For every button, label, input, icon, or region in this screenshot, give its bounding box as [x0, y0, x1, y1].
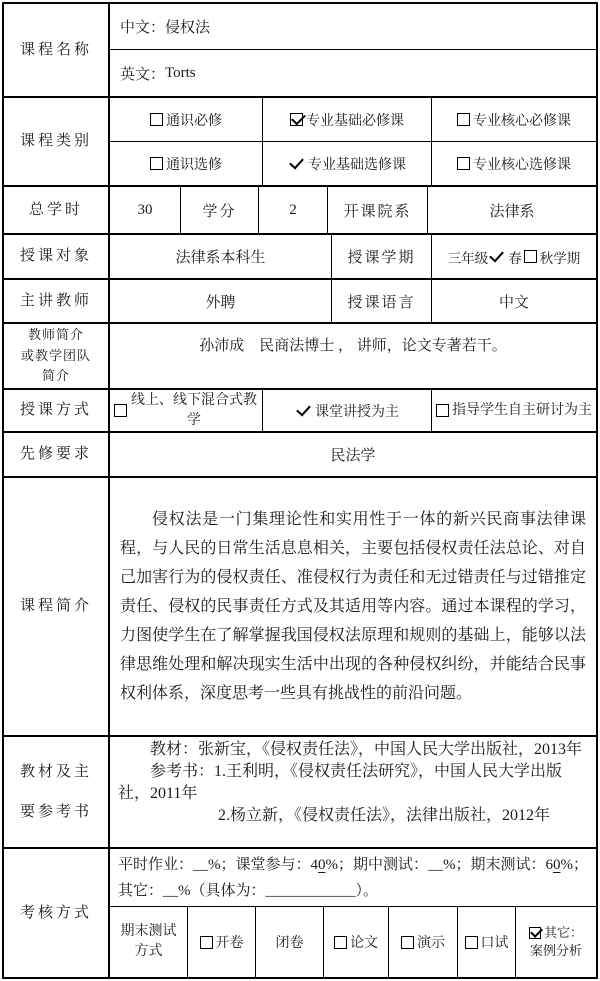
- final-exam-method-label: 期末测试方式: [110, 907, 188, 977]
- check-icon: [296, 401, 311, 416]
- method-option-label: 线上、线下混合式教学: [130, 391, 258, 430]
- row-course-name: 课程名称 中文：侵权法 英文：Torts: [4, 4, 596, 98]
- checkbox-icon: [150, 113, 163, 126]
- instructor-value: 外聘: [110, 280, 332, 322]
- final-option-oral: 口试: [458, 907, 516, 977]
- final-option-label: 开卷: [216, 932, 244, 952]
- course-name-en-label: 英文：: [120, 63, 165, 84]
- row-teaching-method: 授课方式 线上、线下混合式教学 课堂讲授为主 指导学生自主研讨为主: [4, 390, 596, 433]
- row-textbooks: 教材及主 要参考书 教材：张新宝，《侵权责任法》，中国人民大学出版社，2013年…: [4, 737, 596, 849]
- checkbox-icon: [524, 250, 537, 263]
- check-icon: [289, 154, 304, 169]
- course-name-zh-cell: 中文：侵权法: [110, 4, 596, 50]
- reference-line: 参考书：1.王利明，《侵权责任法研究》，中国人民大学出版社，2011年: [118, 761, 588, 805]
- textbooks-label: 教材及主 要参考书: [4, 737, 110, 847]
- assessment-text-underlined: 0: [553, 857, 561, 873]
- textbooks-label-line: 要参考书: [20, 803, 92, 821]
- checkbox-icon: [457, 113, 470, 126]
- textbooks-cell: 教材：张新宝，《侵权责任法》，中国人民大学出版社，2013年 参考书：1.王利明…: [110, 737, 596, 847]
- category-option-general-elective: 通识选修: [110, 142, 263, 185]
- assessment-text: %；期中测试：__%；期末测试：6: [326, 857, 554, 873]
- course-name-zh-label: 中文：: [120, 16, 165, 37]
- category-option-major-core-required: 专业核心必修课: [432, 98, 596, 141]
- category-option-major-basic-elective: 专业基础选修课: [263, 142, 432, 185]
- assessment-text: 其它：__%（具体为：____________）。: [118, 883, 378, 899]
- teacher-intro-label-line: 简介: [42, 366, 70, 387]
- final-option-label: 口试: [481, 932, 509, 952]
- category-option-major-basic-required: 专业基础必修课: [263, 98, 432, 141]
- course-name-label: 课程名称: [4, 4, 110, 96]
- checkbox-icon: [334, 936, 347, 949]
- category-option-label: 专业核心选修课: [473, 154, 571, 174]
- course-intro-label: 课程简介: [4, 478, 110, 735]
- category-option-label: 专业基础必修课: [306, 110, 404, 130]
- final-option-label: 其它：: [544, 924, 583, 942]
- checkbox-icon: [465, 936, 478, 949]
- assessment-label: 考核方式: [4, 849, 110, 977]
- method-option-label: 指导学生自主研讨为主: [452, 401, 592, 421]
- row-instructor: 主讲教师 外聘 授课语言 中文: [4, 280, 596, 324]
- credits-label: 学分: [181, 187, 259, 233]
- teacher-intro-value: 孙沛成 民商法博士 ， 讲师，论文专著若干。: [110, 324, 596, 388]
- checkbox-icon: [401, 936, 414, 949]
- total-hours-value: 30: [110, 187, 181, 233]
- audience-value: 法律系本科生: [110, 235, 332, 278]
- final-option-presentation: 演示: [389, 907, 458, 977]
- checkbox-icon: [457, 157, 470, 170]
- department-label: 开课院系: [328, 187, 428, 233]
- credits-value: 2: [259, 187, 328, 233]
- course-name-en-value: Torts: [165, 65, 196, 82]
- row-prerequisites: 先修要求 民法学: [4, 433, 596, 478]
- method-option-label: 课堂讲授为主: [315, 401, 399, 421]
- final-option-paper: 论文: [324, 907, 389, 977]
- final-option-other-detail: 案例分析: [530, 942, 582, 960]
- language-value: 中文: [432, 280, 596, 322]
- semester-spring: 春: [508, 247, 522, 267]
- total-hours-label: 总学时: [4, 187, 110, 233]
- language-label: 授课语言: [332, 280, 432, 322]
- row-course-category: 课程类别 通识必修 专业基础必修课 专业核心必修课: [4, 98, 596, 187]
- final-option-closed-book: 闭卷: [256, 907, 324, 977]
- semester-label: 授课学期: [332, 235, 432, 278]
- category-option-label: 专业核心必修课: [473, 110, 571, 130]
- method-option-blended: 线上、线下混合式教学: [110, 390, 263, 431]
- check-icon: [489, 247, 504, 262]
- course-name-zh-value: 侵权法: [165, 16, 210, 37]
- category-option-label: 通识选修: [166, 154, 222, 174]
- row-audience: 授课对象 法律系本科生 授课学期 三年级 春 秋学期: [4, 235, 596, 280]
- checkbox-icon: [436, 404, 449, 417]
- syllabus-table: 课程名称 中文：侵权法 英文：Torts 课程类别 通识必修: [2, 2, 598, 979]
- semester-fall: 秋学期: [540, 247, 581, 267]
- final-option-other: 其它： 案例分析: [516, 907, 596, 977]
- course-syllabus-document: 课程名称 中文：侵权法 英文：Torts 课程类别 通识必修: [0, 0, 600, 981]
- reference-line: 2.杨立新，《侵权责任法》，法律出版社，2012年: [118, 805, 588, 827]
- department-value: 法律系: [428, 187, 596, 233]
- assessment-text: %；: [561, 857, 589, 873]
- checked-checkbox-icon: [529, 927, 541, 939]
- row-course-intro: 课程简介 侵权法是一门集理论性和实用性于一体的新兴民商事法律课程，与人民的日常生…: [4, 478, 596, 737]
- category-option-general-required: 通识必修: [110, 98, 263, 141]
- teacher-intro-label-line: 教师简介: [28, 325, 84, 346]
- course-intro-text: 侵权法是一门集理论性和实用性于一体的新兴民商事法律课程，与人民的日常生活息息相关…: [120, 505, 586, 708]
- textbook-line: 教材：张新宝，《侵权责任法》，中国人民大学出版社，2013年: [118, 739, 588, 761]
- final-option-open-book: 开卷: [188, 907, 256, 977]
- method-option-lecture: 课堂讲授为主: [263, 390, 432, 431]
- prerequisites-label: 先修要求: [4, 433, 110, 476]
- assessment-text: 平时作业：__%；课堂参与：4: [118, 857, 318, 873]
- semester-grade: 三年级: [448, 247, 489, 267]
- category-option-label: 通识必修: [166, 110, 222, 130]
- checkbox-icon: [150, 157, 163, 170]
- final-option-label: 演示: [417, 932, 445, 952]
- instructor-label: 主讲教师: [4, 280, 110, 322]
- teaching-method-label: 授课方式: [4, 390, 110, 431]
- category-option-major-core-elective: 专业核心选修课: [432, 142, 596, 185]
- assessment-breakdown-cell: 平时作业：__%；课堂参与：40%；期中测试：__%；期末测试：60%； 其它：…: [110, 849, 596, 907]
- prerequisites-value: 民法学: [110, 433, 596, 476]
- checkbox-icon: [114, 404, 127, 417]
- textbooks-label-line: 教材及主: [20, 763, 92, 781]
- teacher-intro-label-line: 或教学团队: [21, 346, 91, 367]
- semester-value-cell: 三年级 春 秋学期: [432, 235, 596, 278]
- course-intro-cell: 侵权法是一门集理论性和实用性于一体的新兴民商事法律课程，与人民的日常生活息息相关…: [110, 478, 596, 735]
- category-option-label: 专业基础选修课: [308, 154, 406, 174]
- course-category-label: 课程类别: [4, 98, 110, 185]
- final-option-label: 闭卷: [276, 932, 304, 952]
- audience-label: 授课对象: [4, 235, 110, 278]
- method-option-self-study: 指导学生自主研讨为主: [432, 390, 596, 431]
- row-hours: 总学时 30 学分 2 开课院系 法律系: [4, 187, 596, 235]
- assessment-text-underlined: 0: [318, 857, 326, 873]
- checkbox-icon: [200, 936, 213, 949]
- row-teacher-intro: 教师简介 或教学团队 简介 孙沛成 民商法博士 ， 讲师，论文专著若干。: [4, 324, 596, 390]
- final-option-label: 论文: [350, 932, 378, 952]
- checked-checkbox-icon: [290, 113, 303, 126]
- course-name-en-cell: 英文：Torts: [110, 50, 596, 96]
- teacher-intro-label: 教师简介 或教学团队 简介: [4, 324, 110, 388]
- row-assessment: 考核方式 平时作业：__%；课堂参与：40%；期中测试：__%；期末测试：60%…: [4, 849, 596, 977]
